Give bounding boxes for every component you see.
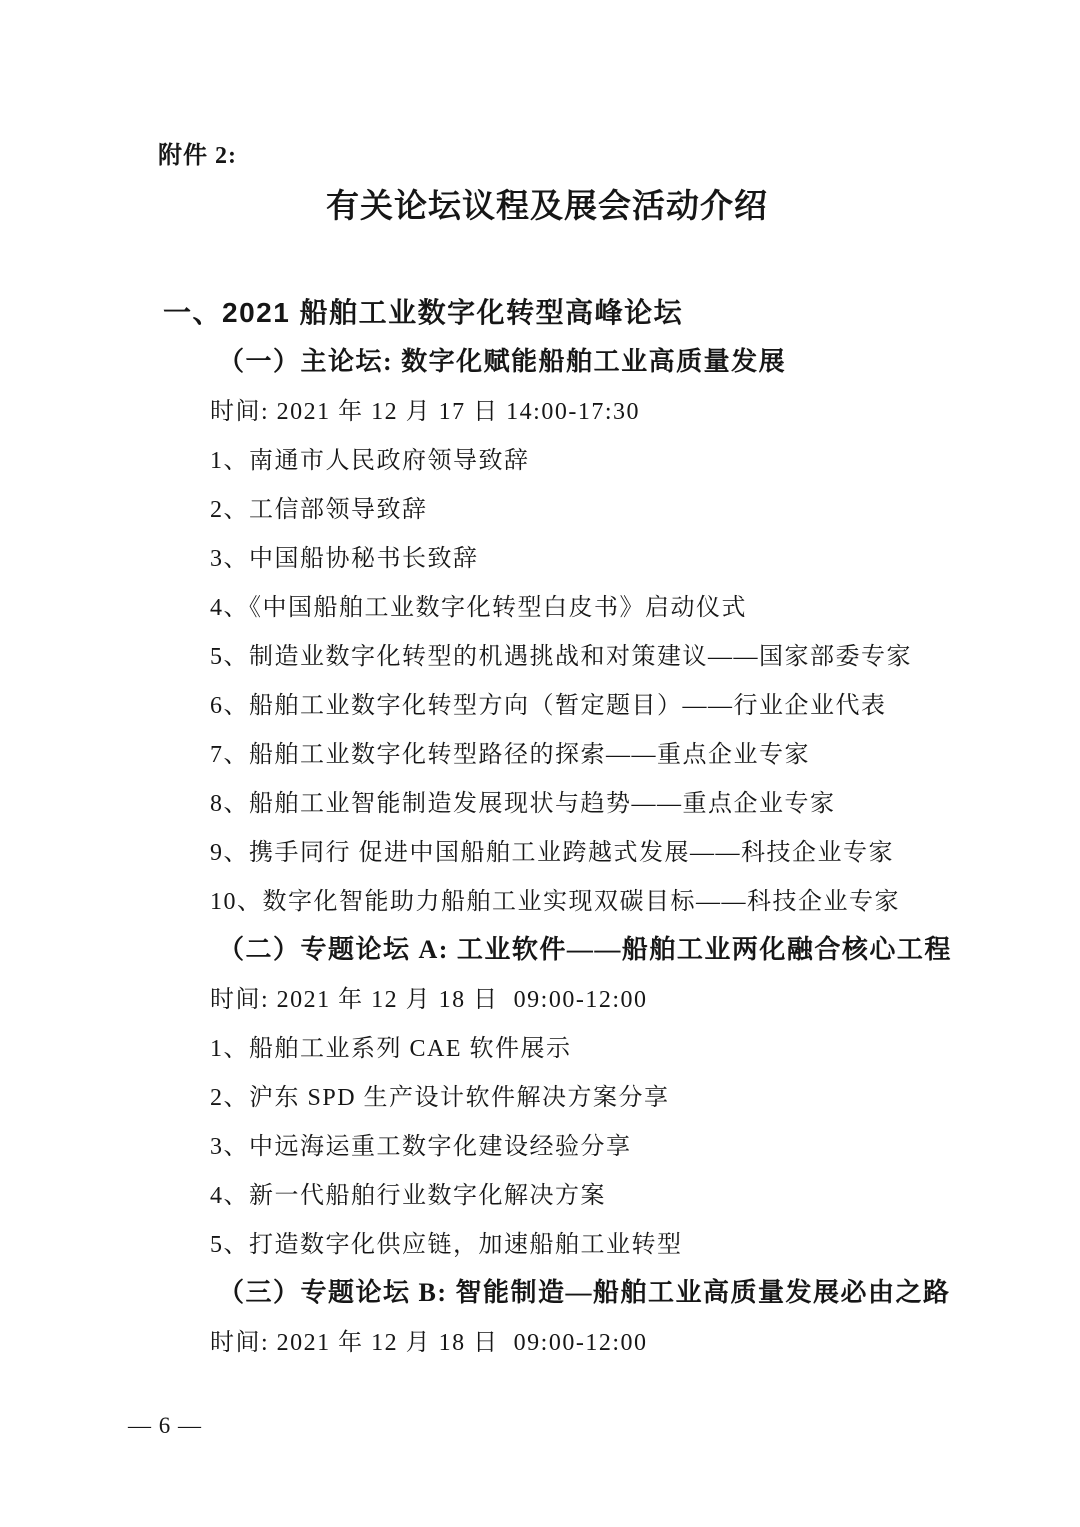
agenda-item: 2、工信部领导致辞	[0, 482, 1080, 531]
subsection-heading-1: （一）主论坛: 数字化赋能船舶工业高质量发展	[0, 335, 1080, 384]
agenda-item: 8、船舶工业智能制造发展现状与趋势——重点企业专家	[0, 776, 1080, 825]
agenda-item: 1、南通市人民政府领导致辞	[0, 433, 1080, 482]
session-time-1: 时间: 2021 年 12 月 17 日 14:00-17:30	[0, 384, 1080, 433]
attachment-label: 附件 2:	[158, 140, 1080, 172]
document-page: 附件 2: 有关论坛议程及展会活动介绍 一、2021 船舶工业数字化转型高峰论坛…	[0, 0, 1080, 1527]
agenda-item: 5、打造数字化供应链，加速船舶工业转型	[0, 1217, 1080, 1266]
agenda-item: 1、船舶工业系列 CAE 软件展示	[0, 1021, 1080, 1070]
document-body: 一、2021 船舶工业数字化转型高峰论坛 （一）主论坛: 数字化赋能船舶工业高质…	[0, 286, 1080, 1364]
document-title: 有关论坛议程及展会活动介绍	[0, 188, 1080, 224]
agenda-item: 4、《中国船舶工业数字化转型白皮书》启动仪式	[0, 580, 1080, 629]
agenda-item: 4、新一代船舶行业数字化解决方案	[0, 1168, 1080, 1217]
agenda-item: 7、船舶工业数字化转型路径的探索——重点企业专家	[0, 727, 1080, 776]
agenda-item: 9、携手同行 促进中国船舶工业跨越式发展——科技企业专家	[0, 825, 1080, 874]
forum-heading: 一、2021 船舶工业数字化转型高峰论坛	[0, 286, 1080, 335]
subsection-heading-3: （三）专题论坛 B: 智能制造—船舶工业高质量发展必由之路	[0, 1266, 1080, 1315]
agenda-item: 6、船舶工业数字化转型方向（暂定题目）——行业企业代表	[0, 678, 1080, 727]
agenda-item: 10、数字化智能助力船舶工业实现双碳目标——科技企业专家	[0, 874, 1080, 923]
agenda-item: 3、中国船协秘书长致辞	[0, 531, 1080, 580]
agenda-item: 2、沪东 SPD 生产设计软件解决方案分享	[0, 1070, 1080, 1119]
agenda-item: 5、制造业数字化转型的机遇挑战和对策建议——国家部委专家	[0, 629, 1080, 678]
subsection-heading-2: （二）专题论坛 A: 工业软件——船舶工业两化融合核心工程	[0, 923, 1080, 972]
agenda-item: 3、中远海运重工数字化建设经验分享	[0, 1119, 1080, 1168]
page-number: — 6 —	[128, 1413, 202, 1439]
session-time-2: 时间: 2021 年 12 月 18 日 09:00-12:00	[0, 972, 1080, 1021]
session-time-3: 时间: 2021 年 12 月 18 日 09:00-12:00	[0, 1315, 1080, 1364]
